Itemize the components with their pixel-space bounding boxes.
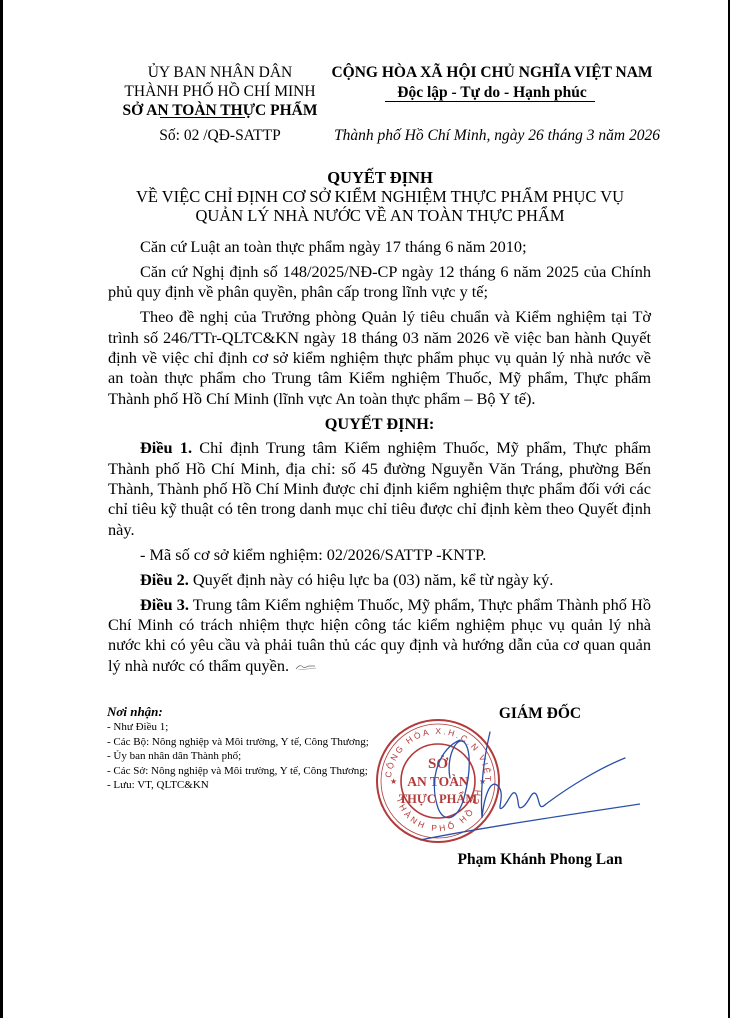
recipients-heading: Nơi nhận: (107, 704, 407, 720)
preamble-1: Căn cứ Luật an toàn thực phẩm ngày 17 th… (108, 237, 651, 257)
recipient-item: - Lưu: VT, QLTC&KN (107, 778, 407, 793)
article-3-text: Trung tâm Kiểm nghiệm Thuốc, Mỹ phẩm, Th… (108, 595, 651, 675)
national-header: CỘNG HÒA XÃ HỘI CHỦ NGHĨA VIỆT NAM Độc l… (322, 63, 662, 103)
preamble-2: Căn cứ Nghị định số 148/2025/NĐ-CP ngày … (108, 262, 651, 303)
document-body: Căn cứ Luật an toàn thực phẩm ngày 17 th… (108, 237, 651, 681)
page-edge-left (0, 0, 3, 1018)
recipient-item: - Ủy ban nhân dân Thành phố; (107, 749, 407, 764)
decision-heading: QUYẾT ĐỊNH: (108, 414, 651, 434)
agency-underline (160, 117, 245, 118)
document-title: QUYẾT ĐỊNH VỀ VIỆC CHỈ ĐỊNH CƠ SỞ KIỂM N… (100, 168, 660, 225)
initial-mark-icon (295, 664, 317, 670)
title-subject-line-2: QUẢN LÝ NHÀ NƯỚC VỀ AN TOÀN THỰC PHẨM (100, 206, 660, 225)
recipients-block: Nơi nhận: - Như Điều 1; - Các Bộ: Nông n… (107, 704, 407, 793)
article-2-label: Điều 2. (140, 570, 189, 589)
recipient-item: - Các Sở: Nông nghiệp và Môi trường, Y t… (107, 764, 407, 779)
agency-line-2: THÀNH PHỐ HỒ CHÍ MINH (100, 82, 340, 101)
lab-code-text: - Mã số cơ sở kiểm nghiệm: 02/2026/SATTP… (140, 545, 486, 564)
handwritten-signature-icon (420, 728, 640, 848)
document-number: Số: 02 /QĐ-SATTP (100, 127, 340, 145)
article-1-code: - Mã số cơ sở kiểm nghiệm: 02/2026/SATTP… (108, 545, 651, 565)
national-motto: Độc lập - Tự do - Hạnh phúc (322, 83, 662, 103)
agency-header: ỦY BAN NHÂN DÂN THÀNH PHỐ HỒ CHÍ MINH SỞ… (100, 63, 340, 120)
motto-underline (385, 101, 595, 102)
nation-title: CỘNG HÒA XÃ HỘI CHỦ NGHĨA VIỆT NAM (322, 63, 662, 83)
article-2: Điều 2. Quyết định này có hiệu lực ba (0… (108, 570, 651, 590)
agency-line-1: ỦY BAN NHÂN DÂN (100, 63, 340, 82)
article-1-label: Điều 1. (140, 438, 192, 457)
preamble-3: Theo đề nghị của Trưởng phòng Quản lý ti… (108, 307, 651, 409)
place-and-date: Thành phố Hồ Chí Minh, ngày 26 tháng 3 n… (330, 127, 660, 145)
article-2-text: Quyết định này có hiệu lực ba (03) năm, … (189, 570, 553, 589)
article-3-label: Điều 3. (140, 595, 189, 614)
article-1: Điều 1. Chỉ định Trung tâm Kiểm nghiệm T… (108, 438, 651, 540)
signer-name: Phạm Khánh Phong Lan (420, 851, 660, 869)
title-subject-line-1: VỀ VIỆC CHỈ ĐỊNH CƠ SỞ KIỂM NGHIỆM THỰC … (100, 187, 660, 206)
article-3: Điều 3. Trung tâm Kiểm nghiệm Thuốc, Mỹ … (108, 595, 651, 677)
svg-text:★: ★ (390, 777, 397, 786)
recipient-item: - Các Bộ: Nông nghiệp và Môi trường, Y t… (107, 735, 407, 750)
title-heading: QUYẾT ĐỊNH (100, 168, 660, 187)
recipient-item: - Như Điều 1; (107, 720, 407, 735)
